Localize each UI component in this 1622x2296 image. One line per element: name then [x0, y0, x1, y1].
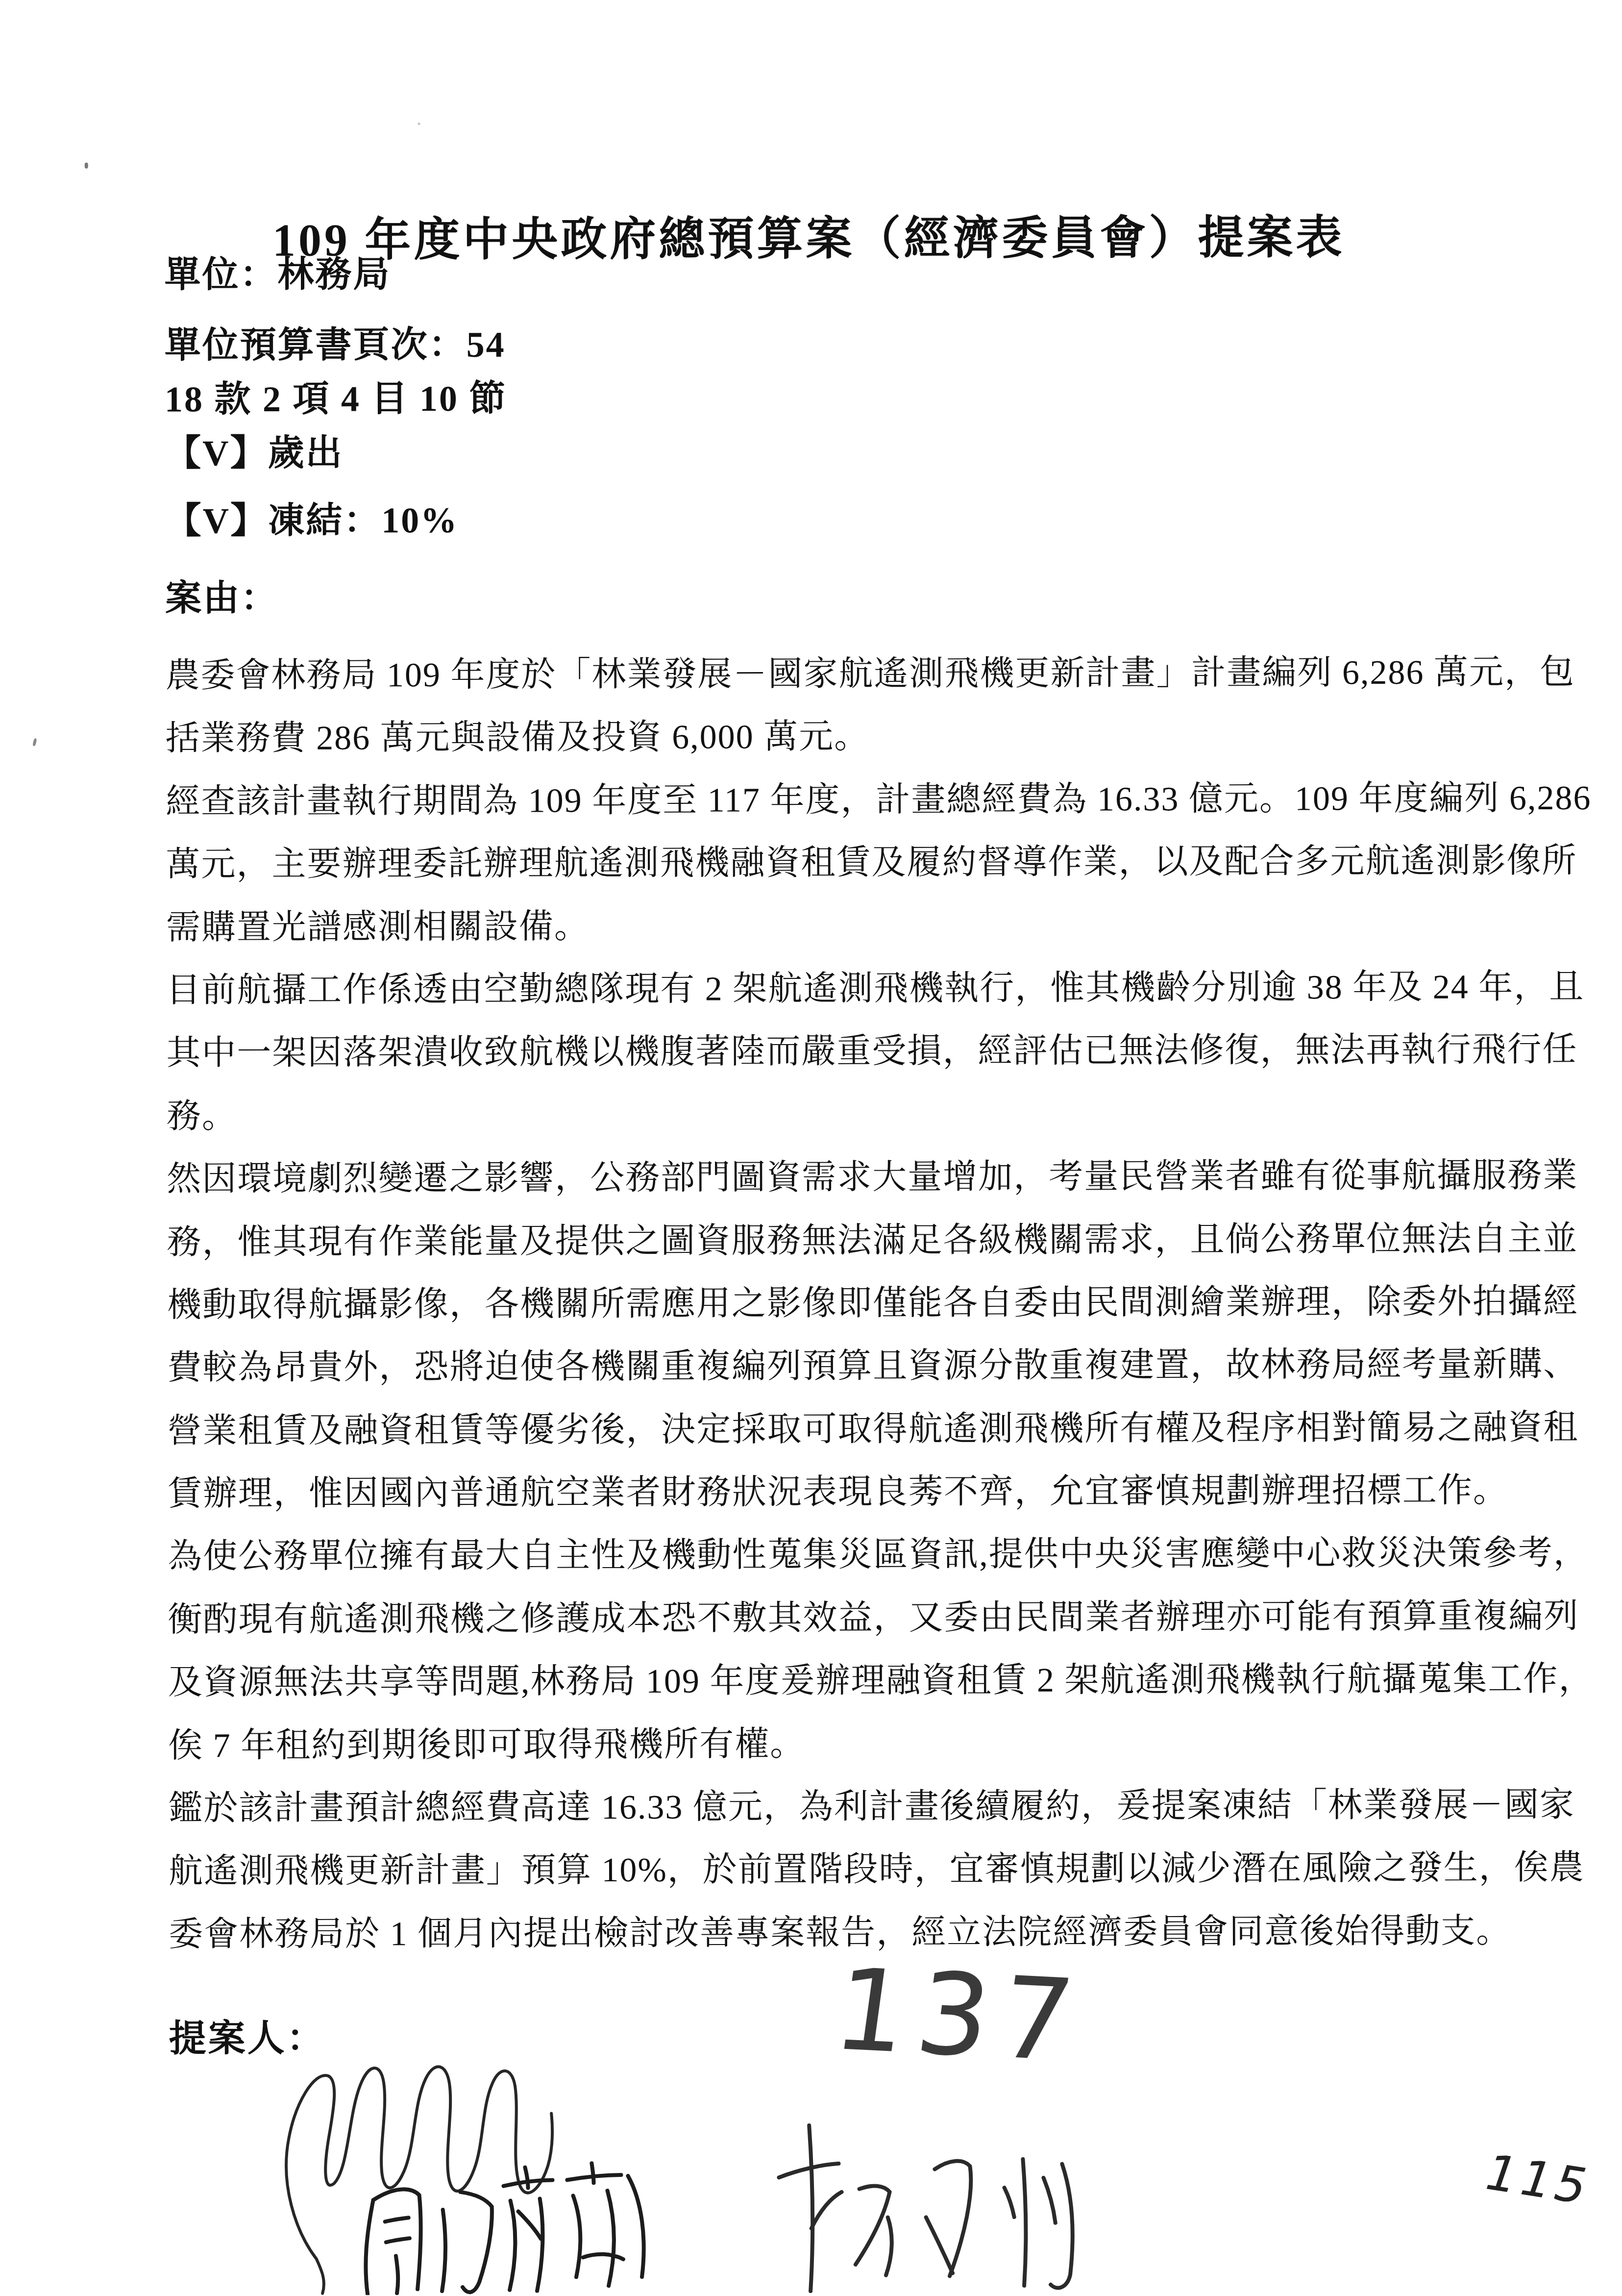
scan-artifact — [418, 123, 420, 125]
scan-artifact — [85, 163, 88, 169]
handwritten-signatures — [0, 0, 1622, 2296]
signature-3-stroke — [779, 2125, 1073, 2292]
scanned-proposal-page: 109 年度中央政府總預算案（經濟委員會）提案表 單位：林務局 單位預算書頁次：… — [0, 0, 1622, 2296]
signature-2-stroke — [366, 2163, 644, 2294]
